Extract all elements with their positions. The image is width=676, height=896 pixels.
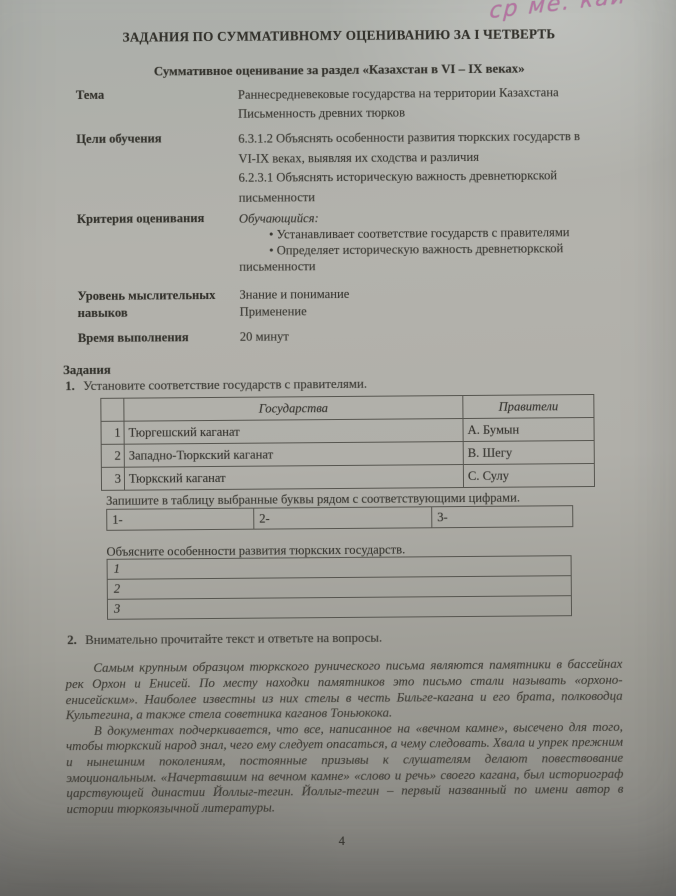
ruler-cell: В. Шегу <box>463 441 594 465</box>
thinking-skills-value: Знание и понимание Применение <box>239 284 595 320</box>
answer-cell: 1- <box>107 509 254 531</box>
states-column-header: Государства <box>124 396 463 422</box>
theme-label: Тема <box>76 86 238 104</box>
duration-value: 20 минут <box>240 326 596 346</box>
task1-text: Установите соответствие государств с пра… <box>83 377 367 393</box>
learning-goals-label: Цели обучения <box>76 130 238 148</box>
reading-paragraph: В документах подчеркивается, что все, на… <box>66 720 624 818</box>
answer-cell: 3- <box>432 506 573 528</box>
task2-number: 2. <box>67 632 85 648</box>
handwritten-annotation: ср мё. кай <box>489 0 628 24</box>
row-number: 1 <box>101 422 124 445</box>
learning-goals-value: 6.3.1.2 Объяснять особенности развития т… <box>238 127 595 208</box>
photo-background: ср мё. кай ЗАДАНИЯ ПО СУММАТИВНОМУ ОЦЕНИ… <box>0 0 676 896</box>
duration-label: Время выполнения <box>78 329 240 347</box>
bullet-icon: • <box>269 243 274 257</box>
bullet-icon: • <box>269 228 274 242</box>
criteria-bullet-text: Определяет историческую важность древнет… <box>239 241 563 273</box>
explain-row-number: 3 <box>107 596 571 620</box>
thinking-skills-label: Уровень мыслительных навыков <box>77 287 239 321</box>
explain-row: 3 <box>107 596 571 620</box>
ruler-cell: А. Бумын <box>463 418 594 442</box>
meta-row-learning-goals: Цели обучения 6.3.1.2 Объяснять особенно… <box>61 127 619 209</box>
match-table: Государства Правители 1 Тюргешский каган… <box>100 394 595 491</box>
page-number: 4 <box>4 831 676 851</box>
task1-number: 1. <box>65 378 83 394</box>
meta-row-theme: Тема Раннесредневековые государства на т… <box>61 83 618 125</box>
meta-row-duration: Время выполнения 20 минут <box>63 326 620 347</box>
criteria-bullet-text: Устанавливает соответствие государств с … <box>277 225 570 241</box>
rulers-column-header: Правители <box>463 395 594 419</box>
state-cell: Западно-Тюркский каганат <box>124 442 463 468</box>
ruler-cell: С. Сулу <box>463 464 594 488</box>
criteria-value: Обучающийся: • Устанавливает соответстви… <box>239 207 596 275</box>
task2-line: 2.Внимательно прочитайте текст и ответьт… <box>65 628 622 648</box>
row-number: 3 <box>101 468 124 491</box>
match-table-corner-cell <box>101 399 124 422</box>
reading-paragraph: Самым крупным образцом тюркского руничес… <box>65 657 622 724</box>
state-cell: Тюргешский каганат <box>124 419 463 445</box>
learning-goal-item: 6.3.1.2 Объяснять особенности развития т… <box>238 127 594 169</box>
answer-cell: 2- <box>254 507 432 529</box>
answer-table: 1- 2- 3- <box>106 506 573 532</box>
page-title: ЗАДАНИЯ ПО СУММАТИВНОМУ ОЦЕНИВАНИЮ ЗА I … <box>60 26 617 46</box>
document-page: ср мё. кай ЗАДАНИЯ ПО СУММАТИВНОМУ ОЦЕНИ… <box>0 0 676 896</box>
task2-text: Внимательно прочитайте текст и ответьте … <box>85 631 382 647</box>
answer-table-row: 1- 2- 3- <box>107 506 573 531</box>
state-cell: Тюркский каганат <box>124 465 463 491</box>
table-row: 3 Тюркский каганат С. Сулу <box>101 464 594 491</box>
section-subtitle: Суммативное оценивание за раздел «Казахс… <box>61 60 618 80</box>
explain-table: 1 2 3 <box>107 556 572 621</box>
task1-line: 1.Установите соответствие государств с п… <box>63 374 620 394</box>
meta-row-criteria: Критерия оценивания Обучающийся: • Устан… <box>62 207 619 277</box>
criteria-bullet: • Определяет историческую важность древн… <box>239 241 595 275</box>
theme-value: Раннесредневековые государства на террит… <box>238 83 594 124</box>
criteria-label: Критерия оценивания <box>77 210 239 228</box>
row-number: 2 <box>101 445 124 468</box>
meta-row-thinking-skills: Уровень мыслительных навыков Знание и по… <box>62 284 619 321</box>
learning-goal-item: 6.2.3.1 Объяснять историческую важность … <box>239 166 595 208</box>
